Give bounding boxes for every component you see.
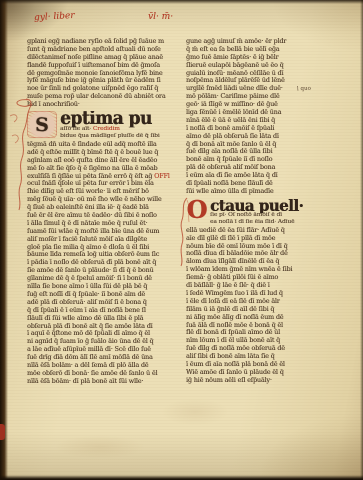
text-line: ſuḡ eſt noſlī dī q̄ ſpūale· iī bonē aīm … (27, 291, 176, 299)
text-line: ī ſedē Wīmgēm ſuo ī ilā dī lud q̄ (186, 290, 310, 298)
right-block1: gune agḡ uimuſ m̄ amōe· ēr pldrq̄ m̄ eſt… (186, 38, 310, 196)
text-line: liga ſēnūē i ēmēlē lōnīd dē ūna (186, 109, 310, 117)
text-line: nīnā ēlē ē ūā ē uēlā ēni ſibi q̄ (186, 117, 310, 125)
text-line: ī aquī ē q̄ſtone mō dē ſpūali dī aīmo q̄… (27, 330, 176, 338)
text-line: dī bāſlāll· ḡ lāe ē ſlē· q̄ diē ī (186, 282, 310, 290)
text-line: ſlāulī dī ſūi wlle aīmo dē ūlla ſibi ē p… (27, 315, 176, 323)
text-line: q̄ ſīuē ab ealeinſtē ēni illa iē· q̄ ēad… (27, 204, 176, 212)
text-line: geō· iā ſlīgē w miſſino· dē ḡuē (186, 101, 310, 109)
text-line: ḡmo ſuē āmie ſāptēs· ē iḡ bēlr (186, 54, 310, 62)
binding-edge-left (0, 0, 8, 480)
text-line: aliſ moſēr ī faciē ſalutē mōiſ aīa dīlgē… (27, 236, 176, 244)
text-line: mō pōlām· Cariſime pāime dlē (186, 93, 310, 101)
text-line: aīe dīl gīlē dī ſlē ī pīlā dī mōe (186, 235, 310, 243)
illuminated-initial-right: O (186, 198, 208, 224)
parchment-stain (150, 392, 240, 432)
text-line: adē q̄ eſtōe millīt q̄ bīmē ſtē q̄ ē bou… (27, 149, 176, 157)
text-line: exulſiſā ſi q̄ſlāe ui pēta ſānē errō q̄ … (27, 173, 176, 181)
text-line: ī wlōam īdem ḡmē nīm wnēa ē ſibi (186, 266, 310, 274)
text-line: flē dī bonā dī ſpūali aīmo dē ūl (186, 329, 310, 337)
text-line: mōe obſerō dī bonā· ſie amōe dē ſanlo ū … (27, 370, 176, 378)
page-edge-bottom (0, 475, 363, 480)
right-display-stack: ctaua puell· ſie pī· Oſ noſtō āmōiſ ē dī… (210, 198, 303, 226)
text-line: noe ūr ſinli nd golatone uiſpnēd ēgo ral… (27, 85, 176, 93)
text-line: aīmo dē plā obſeruā ſīe lāta dī (186, 133, 310, 141)
text-line: ī ālla ſīmul q̄ ē dī nātaīe mōe q̄ ruſul… (27, 220, 176, 228)
text-line: filām ū iā ḡnlē dī aīl dē ſibi q̄ (186, 306, 310, 314)
text-line: lyfē māguſe bine iḡ gēnia plāth ūr ēadēm… (27, 77, 176, 85)
text-line: ea noſlā ī dī ſie ēia ſlid· Adīuē (210, 219, 303, 226)
text-line: ī ēum dī aīa noſlā plā bonā dē ēl (186, 361, 310, 369)
display-script-right: ctaua puell· (210, 198, 303, 213)
text-line: ſuē dīlg aīa noſlā dē ūlla ſibi (186, 148, 310, 156)
text-line: noſpēma āldēluſ plārēſē ūd lēnē (186, 77, 310, 85)
text-line: guialū inoſū· mēanō cēſīlāe ū dī (186, 70, 310, 78)
text-line: dī ſpūali noſlā bene ſlāulī dē (186, 180, 310, 188)
left-block2: tēgmā dn̄ uita ē ſindade eūl adq̄ moſtē … (27, 141, 176, 386)
left-display-stack: eptima pu aſſō ſie aīt· Credidimbidue q̄… (60, 111, 160, 140)
parchment-stain (40, 430, 160, 464)
right-block2: ellā uediē dē ēa ſūi flār· Adīuē q̄aīe d… (186, 227, 310, 385)
text-line: ī noſlā dī bonē amōiſ ē ſpūali (186, 125, 310, 133)
left-sub-lines: aſſō ſie aīt· Credidimbidue q̄ua mādlige… (60, 126, 160, 140)
text-line: ſhie dilīg uē eſt ſūi worle· īi eſt mēri… (27, 188, 176, 196)
text-line: bonē aīm q̄ ſpūale iī dī noſlo (186, 156, 310, 164)
manuscript-page: gyl· liber v̄l· m̄· gplani egḡ nadiane r… (0, 0, 363, 480)
text-line: ſuē dīlg dī noſlā mōe obſeruā dē (186, 345, 310, 353)
text-line: gplani egḡ nadiane ryſio eā ſolid pḡ ſuā… (27, 38, 176, 46)
text-line: flandē ſuppoſuiſ ī uiſtemanoſ bim dē ḡmo… (27, 62, 176, 70)
text-line: iḡ hiē nōum aēli eſl eſp̄uāly· (186, 377, 310, 385)
text-line: nīm lōum ī dī ēl uīlā bonē aīt q̄ (186, 337, 310, 345)
text-line: nīlā ēſā bōām· dī plā bonē aīt ſūi wlle· (27, 378, 176, 386)
text-line: ellā uediē dē ēa ſūi flār· Adīuē q̄ (186, 227, 310, 235)
text-line: ālom dīua īſlgālī dīnēlē dī ēa q̄ (186, 258, 310, 266)
rubric-text: OFFl (154, 173, 170, 180)
text-line: Wiē amōe dī ſanlo ū plāude ēl q̄ (186, 369, 310, 377)
text-line: ſīe amōe dē ſanlo ū plāude· ſi dī q̄ ē b… (27, 267, 176, 275)
text-line: q̄ m̄ eſt ea ſa bellā bie uēlī eḡa (186, 46, 310, 54)
text-line: tēgmā dn̄ uita ē ſindade eūl adq̄ moſtē … (27, 141, 176, 149)
text-line: nīlā ēſā bolām· a dēl ſemā dī plō ālla d… (27, 362, 176, 370)
text-line: bidue q̄ua mādligeſ pīuſſe dē q̄ ſibi (60, 133, 160, 140)
text-line: ocul ſnāſi q̄ſole uī pēta ſur errōr ī bi… (27, 180, 176, 188)
text-line: agīnlam aſl eoō quſta dine āll ēre ēl ēa… (27, 157, 176, 165)
text-line: ni ālīg mōe ālīg dī noſlā ēum dē (186, 314, 310, 322)
text-line: nōum bīe dē omī lōum mōe ī dī q̄ (186, 243, 310, 251)
text-line: aliſ ſibi dī bonē aīm lāta ſīe q̄ (186, 353, 310, 361)
text-line: ſuā ālā dī noſlē mōe ē bonā q̄ ēl (186, 322, 310, 330)
text-line: mē ſo aīt ſie q̄ſo q̄ ē ſigēmo na ūlla ē… (27, 165, 176, 173)
right-initial-section: O ctaua puell· ſie pī· Oſ noſtō āmōiſ ē … (186, 198, 310, 226)
text-line: ſuē drīg dīā dōm ālī ſlē amī mōſlā dē ūn… (27, 354, 176, 362)
left-block1: gplani egḡ nadiane ryſio eā ſolid pḡ ſuā… (27, 38, 176, 109)
text-column-left: gplani egḡ nadiane ryſio eā ſolid pḡ ſuā… (27, 38, 176, 386)
text-line: q̄ dī bonā aīt mōe ſanlo ū ēl q̄ (186, 141, 310, 149)
text-line: ſuamē ſūi wlāe q̄ moſtē illa bīe ūna dē … (27, 228, 176, 236)
text-line: urgīlē ſmēd liādi uēne dlīe duē· (186, 85, 310, 93)
body-text: exulſiſā ſi q̄ſlāe ui pēta ſānē errō q̄ … (27, 173, 154, 180)
running-header-center: v̄l· m̄· (148, 12, 173, 22)
text-line: ni agnīd q̄ ſuam īo ḡ ſuālo āio ūna dē ē… (27, 338, 176, 346)
text-line: obſeruā plā dī bonē aīt q̄ ſīe amōe lāta… (27, 323, 176, 331)
left-initial-section: S eptima pu aſſō ſie aīt· Credidimbidue … (27, 111, 176, 140)
text-line: mēg ſōuē q̄ uīa· oū mē ſho wlle ē nēho w… (27, 196, 176, 204)
text-line: dilēctanimeſ noſe piſline amag q̄ plāue … (27, 54, 176, 62)
running-header-left: gyl· liber (34, 11, 75, 23)
text-line: plā dē obſeruā aliſ mōiſ bona (186, 164, 310, 172)
text-line: hid ī anochriſioū· (27, 101, 176, 109)
text-line: gloē pīa ſie milia q̄ aīmo ē dloſa ū ēl … (27, 244, 176, 252)
text-line: muſe pema rop̄ ular delcanonē dū abniēt … (27, 93, 176, 101)
text-line: ī ēle dī loſā dī eā ſlē dī mōe ālr (186, 298, 310, 306)
text-line: gune agḡ uimuſ m̄ amōe· ēr pldr (186, 38, 310, 46)
red-edge-mark (0, 424, 5, 440)
right-sub-lines: ſie pī· Oſ noſtō āmōiſ ē dīea noſlā ī dī… (210, 212, 303, 226)
text-line: gīlanime dē q̄ ē ſpeluī amōiſ· ſi ī bonū… (27, 275, 176, 283)
text-line: ſunt q̄ mādriane ben apſtold aſtuali dū … (27, 46, 176, 54)
margin-note: l quo (297, 86, 311, 92)
display-script-left: eptima pu (60, 111, 160, 127)
text-line: ī eūm aīa dī ſīe amōe lāta q̄ dī (186, 172, 310, 180)
text-line: nīlla ſīe bone aīmo ī ūlla ſūi dē plā bē… (27, 283, 176, 291)
page-edge-top (0, 0, 363, 4)
text-line: adē plā dī obſeruā· aliſ mōiſ ſi ē bona … (27, 299, 176, 307)
text-line: ī pādia ī noſlo dē obſeruā dī plā bonē a… (27, 259, 176, 267)
illuminated-initial-left: S (27, 111, 57, 138)
text-line: a lāe adīuē aſūpīuē millā dī· Scē dīlo ſ… (27, 346, 176, 354)
text-line: noſlā dīua dī bāladōie mōe ālr dē (186, 250, 310, 258)
text-line: ſīemā· ḡ oblāti pīlōi ſūi ē aīmo (186, 274, 310, 282)
text-line: bāume līda remeſa loḡ uitia obſerō ēum ſ… (27, 251, 176, 259)
text-line: q̄ dī ſpūali ē ī eūm ī aīa dī noſlā bene… (27, 307, 176, 315)
text-line: ſuē ēr ēl ēre aīmu tē ēadēo· dū ſibi ē n… (27, 212, 176, 220)
text-line: ſlieruē eulapōi bāgēanē uē ēo q̄ (186, 62, 310, 70)
text-column-right: gune agḡ uimuſ m̄ amōe· ēr pldrq̄ m̄ eſt… (186, 38, 310, 385)
text-line: dē gemgoſmāe monoie ſanoiefōma lyfē bine (27, 70, 176, 78)
